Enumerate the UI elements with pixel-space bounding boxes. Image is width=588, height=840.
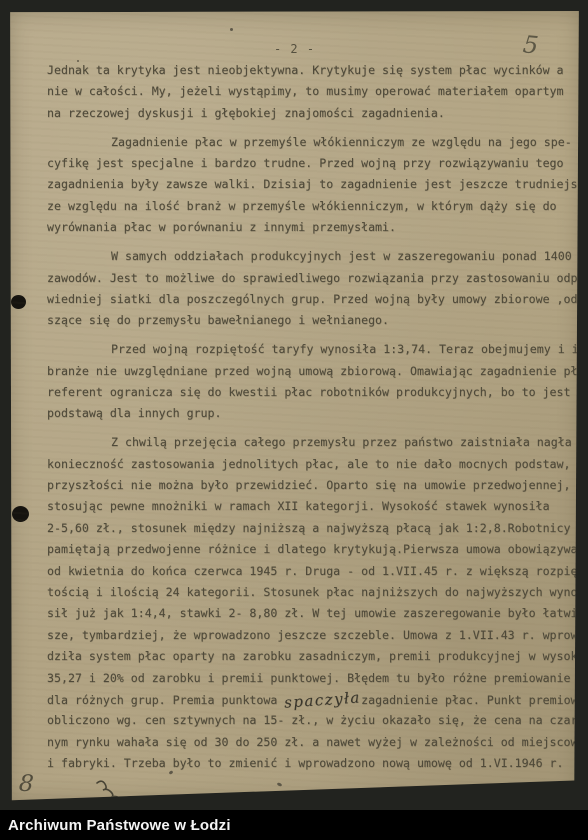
typed-line: na rzeczowej dyskusji i głębokiej znajom… xyxy=(47,103,577,124)
typed-line: zawodów. Jest to możliwe do sprawiedliwe… xyxy=(47,268,577,289)
pen-squiggle-icon xyxy=(95,777,137,803)
typed-line: dla różnych grup. Premia punktowa spaczy… xyxy=(47,689,577,710)
typed-line: referent ogranicza się do kwestii płac r… xyxy=(47,382,577,403)
typed-line: stosując pewne mnożniki w ramach XII kat… xyxy=(47,496,577,517)
typed-line: wiedniej siatki dla poszczególnych grup.… xyxy=(47,289,577,310)
archive-name: Archiwum Państwowe w Łodzi xyxy=(0,817,231,834)
typed-line: sił już jak 1:4,4, stawki 2- 8,80 zł. W … xyxy=(47,603,577,624)
typed-line: wyrównania płac w porównaniu z innymi pr… xyxy=(47,217,577,238)
typed-line: przyszłości nie można było przewidzieć. … xyxy=(47,475,577,496)
paper-speck xyxy=(77,60,79,62)
typed-line: podstawą dla innych grup. xyxy=(47,403,577,424)
typed-line: Jednak ta krytyka jest nieobjektywna. Kr… xyxy=(47,60,577,81)
paragraph: W samych oddziałach produkcyjnych jest w… xyxy=(47,246,577,332)
typed-line: 2-5,60 zł., stosunek między najniższą a … xyxy=(47,518,577,539)
typed-line: sze, tymbardziej, że wprowadzono jeszcze… xyxy=(47,625,577,646)
typed-line: nym rynku wahała się od 30 do 250 zł. a … xyxy=(47,732,577,753)
typed-line: zagadnienia były zawsze walki. Dzisiaj t… xyxy=(47,174,577,195)
document-page: - 2 - 5 Jednak ta krytyka jest nieobjekt… xyxy=(9,11,580,801)
typed-body-text: Jednak ta krytyka jest nieobjektywna. Kr… xyxy=(47,60,577,782)
paper-speck xyxy=(277,782,283,787)
paragraph: Jednak ta krytyka jest nieobjektywna. Kr… xyxy=(47,60,577,124)
typed-line: Zagadnienie płac w przemyśle włókiennicz… xyxy=(47,132,577,153)
typed-line: Z chwilą przejęcia całego przemysłu prze… xyxy=(47,432,577,453)
ink-blot xyxy=(12,506,29,522)
paragraph: Z chwilą przejęcia całego przemysłu prze… xyxy=(47,432,577,774)
typed-line: dziła system płac oparty na zarobku zasa… xyxy=(47,646,577,667)
typed-line: nie w całości. My, jeżeli wystąpimy, to … xyxy=(47,81,577,102)
handwritten-number: 8 xyxy=(18,771,34,798)
typed-line: szące się do przemysłu bawełnianego i we… xyxy=(47,310,577,331)
ink-blot xyxy=(11,295,26,309)
typed-line: ze względu na ilość branż w przemyśle wł… xyxy=(47,196,577,217)
typed-line: Przed wojną rozpiętość taryfy wynosiła 1… xyxy=(47,339,577,360)
typed-line: pamiętają przedwojenne różnice i dlatego… xyxy=(47,539,577,560)
page-number: - 2 - xyxy=(9,42,580,56)
typed-line: od kwietnia do końca czerwca 1945 r. Dru… xyxy=(47,561,577,582)
typed-line: cyfikę jest specjalne i bardzo trudne. P… xyxy=(47,153,577,174)
paper-speck xyxy=(230,28,233,31)
typed-line: konieczność zastosowania jednolitych pła… xyxy=(47,454,577,475)
paragraph: Zagadnienie płac w przemyśle włókiennicz… xyxy=(47,132,577,239)
handwritten-page-annotation: 5 xyxy=(522,30,540,59)
typed-line: W samych oddziałach produkcyjnych jest w… xyxy=(47,246,577,267)
typed-line: i fabryki. Trzeba było to zmienić i wpro… xyxy=(47,753,577,774)
archive-watermark-bar: Archiwum Państwowe w Łodzi xyxy=(0,810,588,840)
scan-background: - 2 - 5 Jednak ta krytyka jest nieobjekt… xyxy=(0,0,588,840)
typed-line: tością i ilością 24 kategorii. Stosunek … xyxy=(47,582,577,603)
typed-line: 35,27 i 20% od zarobku i premii punktowe… xyxy=(47,668,577,689)
paragraph: Przed wojną rozpiętość taryfy wynosiła 1… xyxy=(47,339,577,425)
typed-line: obliczono wg. cen sztywnych na 15- zł., … xyxy=(47,710,577,731)
typed-line: branże nie uwzględniane przed wojną umow… xyxy=(47,361,577,382)
